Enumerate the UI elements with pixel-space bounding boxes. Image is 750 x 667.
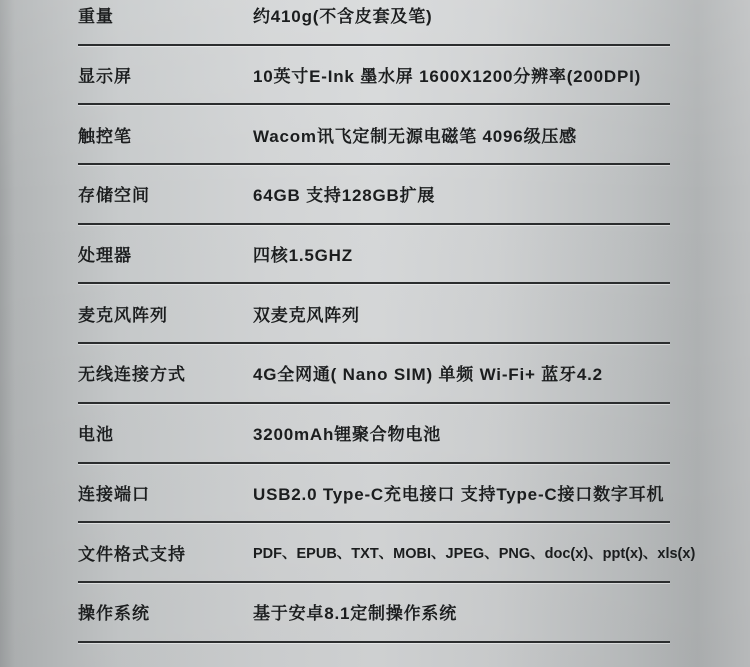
spec-label: 电池 [78, 420, 253, 445]
spec-label: 连接端口 [78, 480, 253, 505]
spec-label: 处理器 [78, 241, 253, 266]
spec-value: 基于安卓8.1定制操作系统 [253, 599, 670, 624]
spec-row-storage: 存储空间 64GB 支持128GB扩展 [78, 165, 670, 225]
spec-row-os: 操作系统 基于安卓8.1定制操作系统 [78, 583, 670, 643]
spec-value: USB2.0 Type-C充电接口 支持Type-C接口数字耳机 [253, 480, 670, 505]
spec-value: Wacom讯飞定制无源电磁笔 4096级压感 [253, 122, 670, 147]
spec-label: 重量 [78, 2, 253, 27]
spec-row-microphone: 麦克风阵列 双麦克风阵列 [78, 284, 670, 344]
spec-row-ports: 连接端口 USB2.0 Type-C充电接口 支持Type-C接口数字耳机 [78, 464, 670, 524]
spec-value: 四核1.5GHZ [253, 241, 670, 266]
spec-label: 操作系统 [78, 599, 253, 624]
spec-label: 存储空间 [78, 181, 253, 206]
spec-value: 4G全网通( Nano SIM) 单频 Wi-Fi+ 蓝牙4.2 [253, 360, 670, 385]
spec-table: 重量 约410g(不含皮套及笔) 显示屏 10英寸E-Ink 墨水屏 1600X… [78, 0, 670, 643]
spec-label: 文件格式支持 [78, 540, 253, 565]
spec-value: 3200mAh锂聚合物电池 [253, 420, 670, 445]
spec-label: 触控笔 [78, 122, 253, 147]
spec-sheet: 重量 约410g(不含皮套及笔) 显示屏 10英寸E-Ink 墨水屏 1600X… [0, 0, 750, 667]
spec-value: PDF、EPUB、TXT、MOBI、JPEG、PNG、doc(x)、ppt(x)… [253, 542, 695, 563]
spec-row-battery: 电池 3200mAh锂聚合物电池 [78, 404, 670, 464]
spec-value: 10英寸E-Ink 墨水屏 1600X1200分辨率(200DPI) [253, 62, 670, 87]
spec-row-file-formats: 文件格式支持 PDF、EPUB、TXT、MOBI、JPEG、PNG、doc(x)… [78, 523, 670, 583]
spec-value: 约410g(不含皮套及笔) [253, 2, 670, 27]
spec-label: 显示屏 [78, 62, 253, 87]
spec-value: 64GB 支持128GB扩展 [253, 181, 670, 206]
spec-label: 麦克风阵列 [78, 301, 253, 326]
spec-row-weight: 重量 约410g(不含皮套及笔) [78, 0, 670, 46]
spec-row-processor: 处理器 四核1.5GHZ [78, 225, 670, 285]
spec-row-wireless: 无线连接方式 4G全网通( Nano SIM) 单频 Wi-Fi+ 蓝牙4.2 [78, 344, 670, 404]
spec-row-stylus: 触控笔 Wacom讯飞定制无源电磁笔 4096级压感 [78, 105, 670, 165]
spec-label: 无线连接方式 [78, 360, 253, 385]
spec-value: 双麦克风阵列 [253, 301, 670, 326]
spec-row-display: 显示屏 10英寸E-Ink 墨水屏 1600X1200分辨率(200DPI) [78, 46, 670, 106]
